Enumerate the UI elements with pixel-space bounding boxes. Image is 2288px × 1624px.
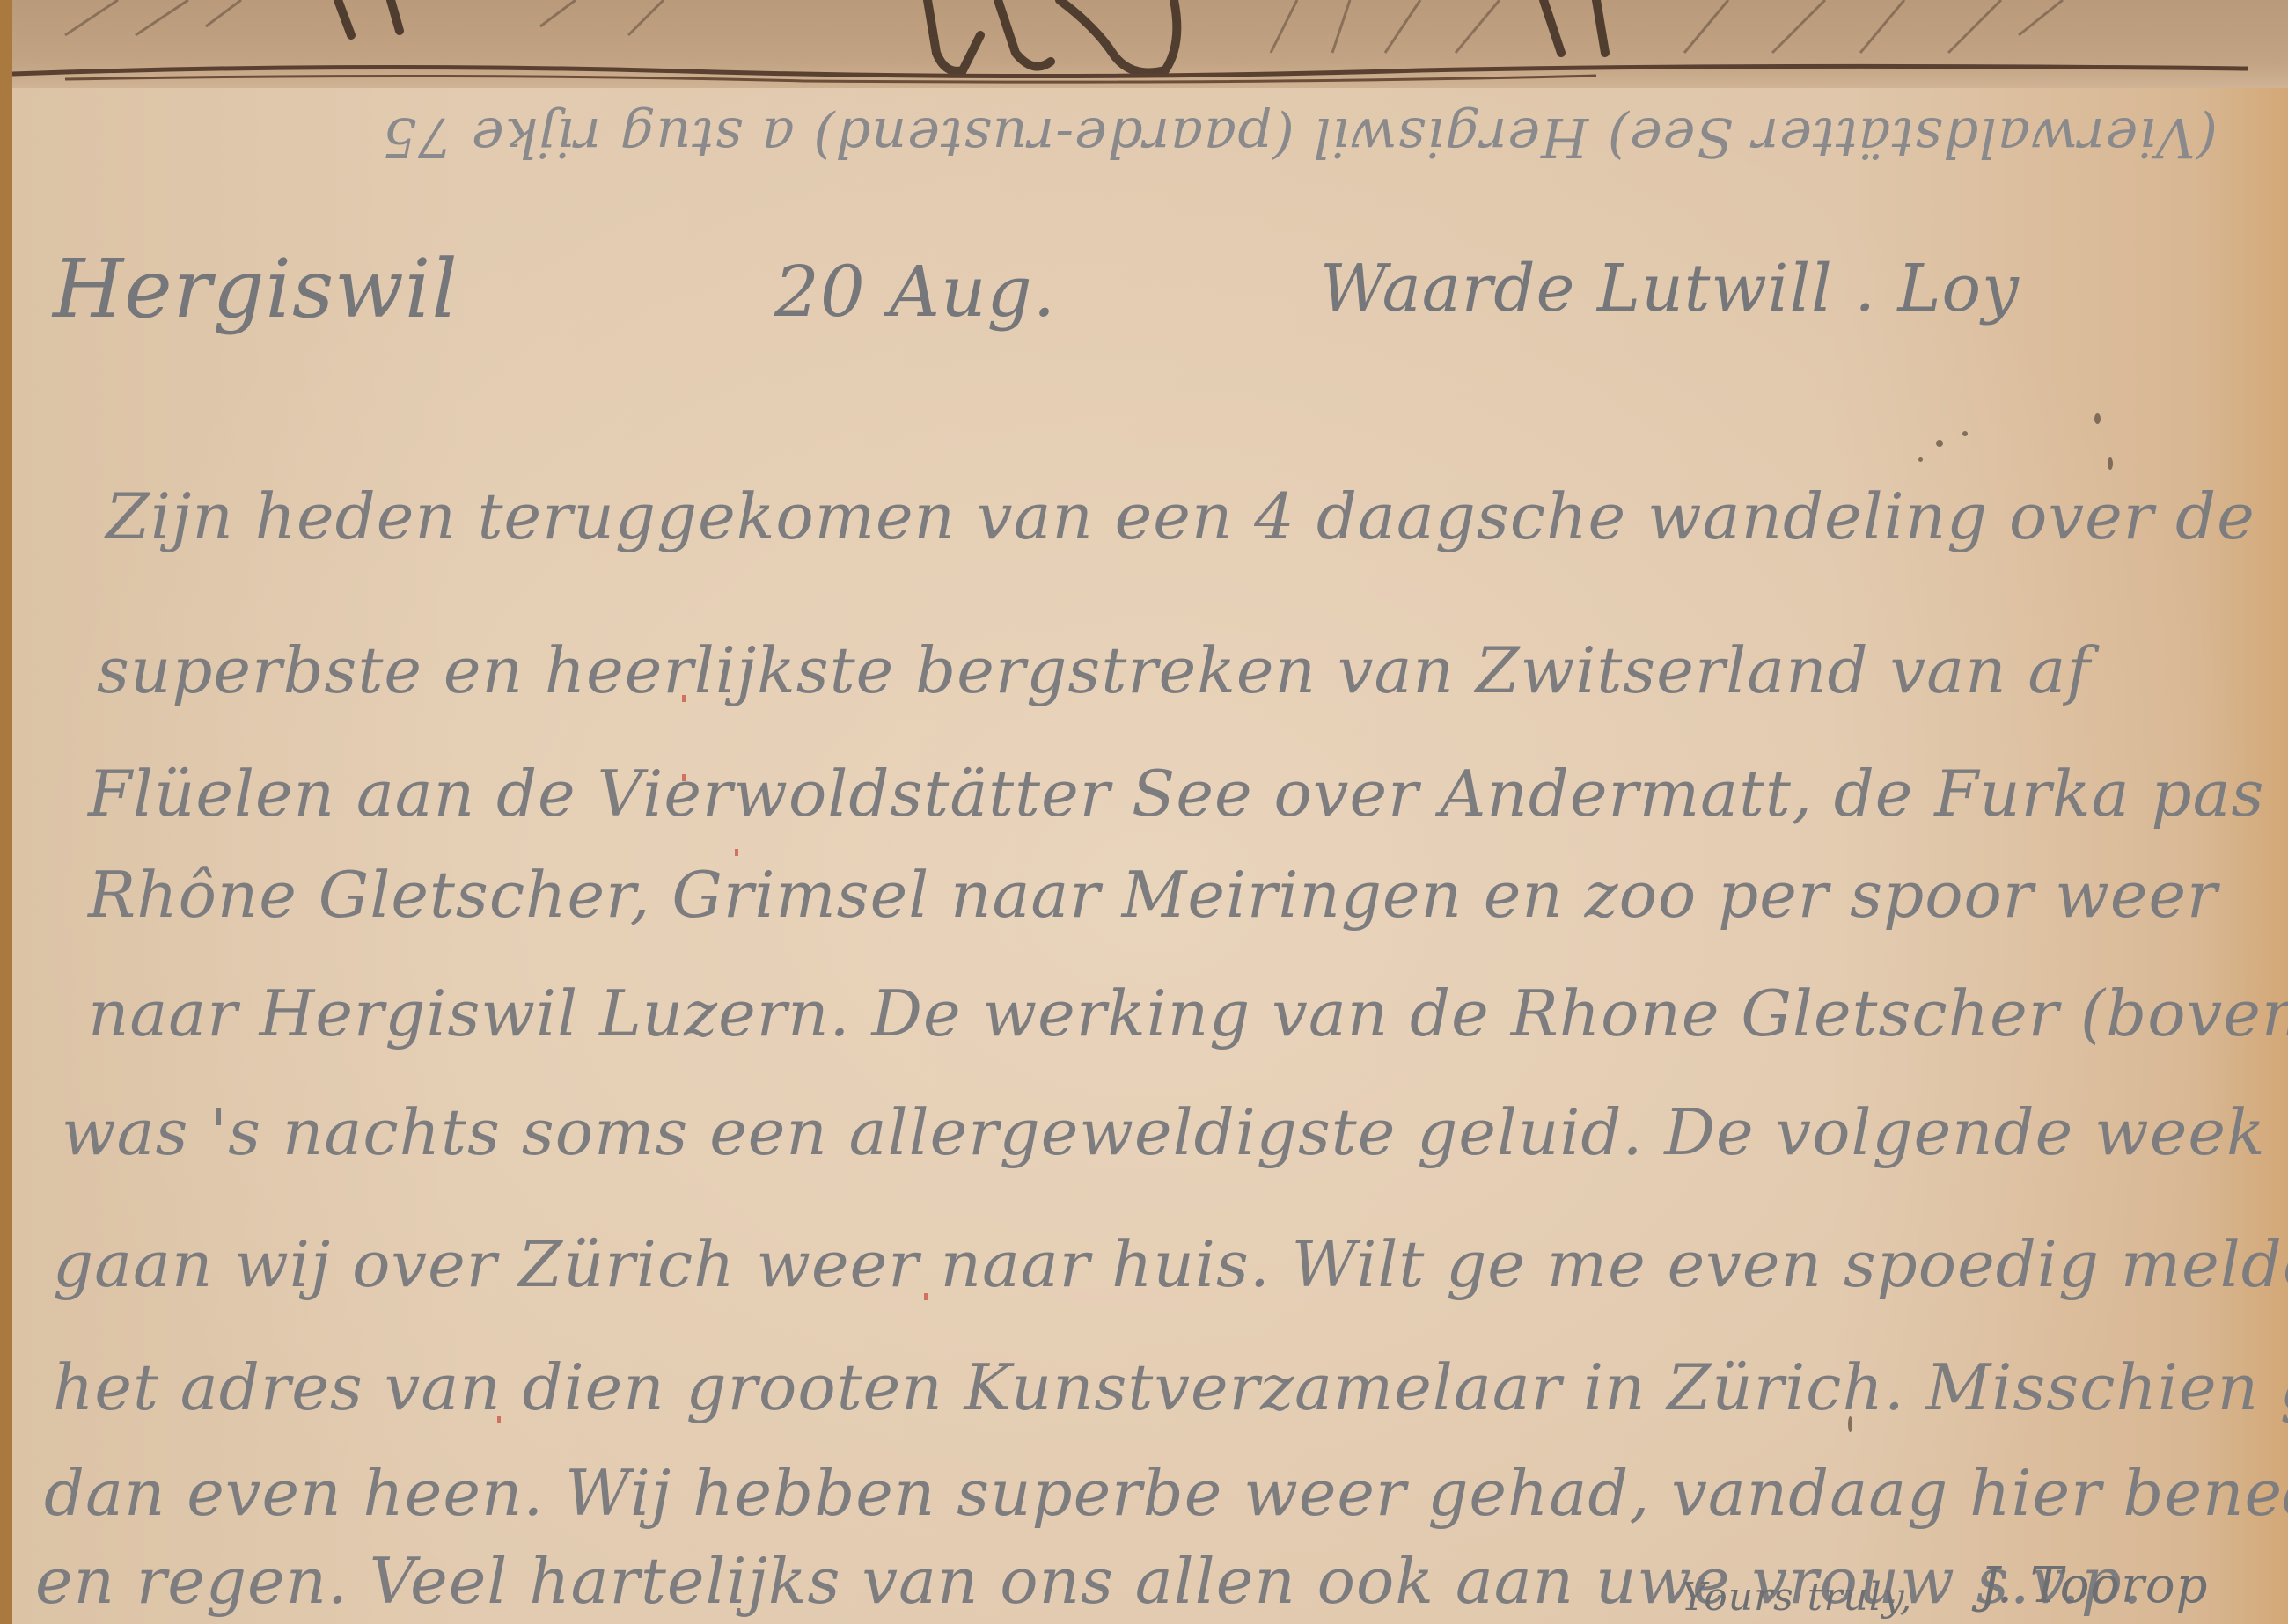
body-line: Zijn heden teruggekomen van een 4 daagsc… <box>106 479 2255 553</box>
red-fleck <box>497 1416 501 1423</box>
body-line: gaan wij over Zürich weer naar huis. Wil… <box>53 1227 2288 1301</box>
foxing-spot <box>2108 457 2113 470</box>
foxing-spot <box>1848 1416 1852 1432</box>
salutation-aside: Waarde Lutwill . Loy <box>1320 251 2020 326</box>
body-line: naar Hergiswil Luzern. De werking van de… <box>88 977 2288 1050</box>
red-fleck <box>924 1293 928 1300</box>
upside-down-note: (Vierwaldstätter See) Hergiswil (paarde-… <box>62 106 2218 170</box>
foxing-spot <box>1918 457 1923 462</box>
closing-salutation: Yours truly, <box>1681 1575 1913 1620</box>
body-line: Rhône Gletscher, Grimsel naar Meiringen … <box>88 858 2218 932</box>
red-fleck <box>735 849 738 856</box>
body-line: het adres van dien grooten Kunstverzamel… <box>53 1350 2288 1424</box>
body-line: dan even heen. Wij hebben superbe weer g… <box>44 1456 2288 1530</box>
place-heading: Hergiswil <box>53 242 458 336</box>
body-line: was 's nachts soms een allergeweldigste … <box>62 1095 2266 1169</box>
ink-sketch-strip <box>12 0 2288 88</box>
foxing-spot <box>1936 440 1943 447</box>
foxing-spot <box>1962 431 1968 436</box>
body-line: Flüelen aan de Vierwoldstätter See over … <box>88 757 2264 830</box>
letter-date: 20 Aug. <box>774 251 1056 333</box>
red-fleck <box>682 695 686 702</box>
body-line: superbste en heerlijkste bergstreken van… <box>97 633 2091 707</box>
foxing-spot <box>2094 413 2101 424</box>
sketch-figures-icon <box>12 0 2288 88</box>
red-fleck <box>682 774 686 781</box>
signature: J. Toorop <box>1980 1557 2208 1614</box>
